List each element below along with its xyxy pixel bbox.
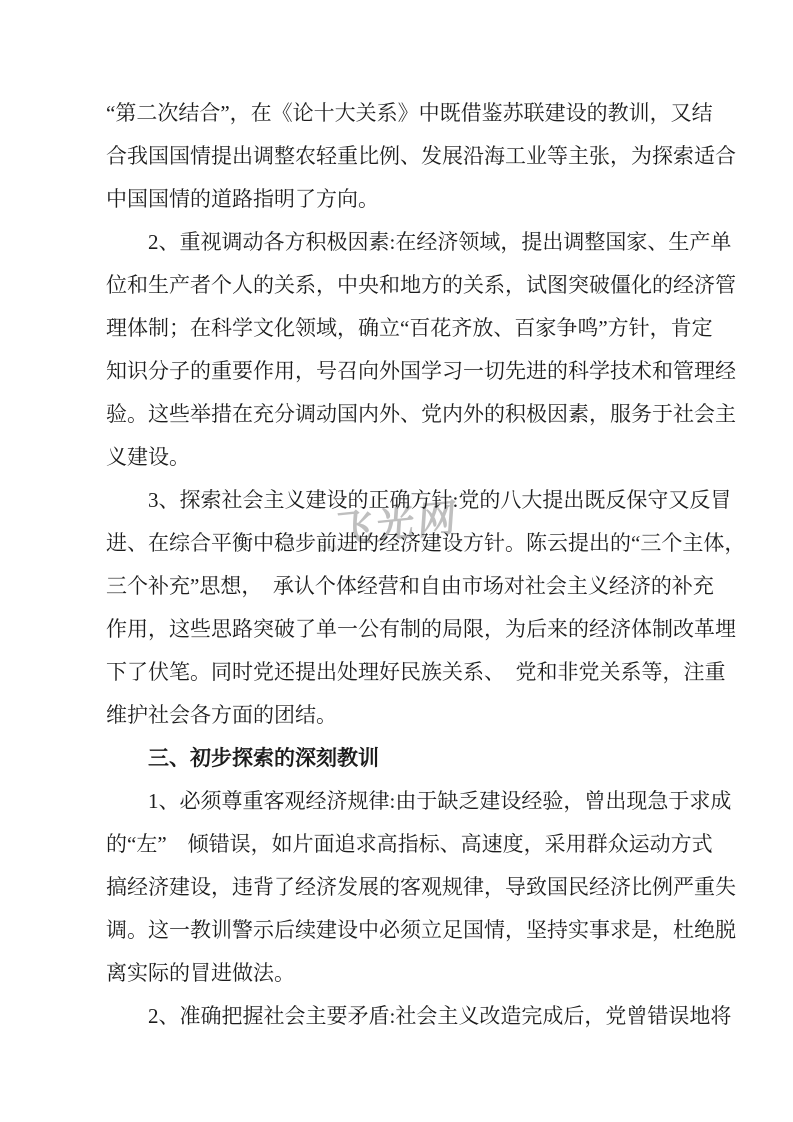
text-line: 中国国情的道路指明了方向。 xyxy=(106,178,685,221)
text-line: 作用，这些思路突破了单一公有制的局限，为后来的经济体制改革埋 xyxy=(106,608,685,651)
text-line: 离实际的冒进做法。 xyxy=(106,952,685,995)
text-line: 维护社会各方面的团结。 xyxy=(106,694,685,737)
text-line: 进、在综合平衡中稳步前进的经济建设方针。陈云提出的“三个主体， xyxy=(106,522,685,565)
text-line: 义建设。 xyxy=(106,436,685,479)
text-line: 下了伏笔。同时党还提出处理好民族关系、 党和非党关系等，注重 xyxy=(106,651,685,694)
text-line: 知识分子的重要作用，号召向外国学习一切先进的科学技术和管理经 xyxy=(106,350,685,393)
text-line: 位和生产者个人的关系，中央和地方的关系，试图突破僵化的经济管 xyxy=(106,264,685,307)
text-line: 3、探索社会主义建设的正确方针:党的八大提出既反保守又反冒 xyxy=(106,479,685,522)
text-line: 2、重视调动各方积极因素:在经济领域，提出调整国家、生产单 xyxy=(106,221,685,264)
text-line: 合我国国情提出调整农轻重比例、发展沿海工业等主张，为探索适合 xyxy=(106,135,685,178)
text-line: 理体制；在科学文化领域，确立“百花齐放、百家争鸣”方针，肯定 xyxy=(106,307,685,350)
text-line: 搞经济建设，违背了经济发展的客观规律，导致国民经济比例严重失 xyxy=(106,866,685,909)
document-page: 飞光网 www.fei “第二次结合”，在《论十大关系》中既借鉴苏联建设的教训，… xyxy=(0,0,793,1122)
text-line: 2、准确把握社会主要矛盾:社会主义改造完成后，党曾错误地将 xyxy=(106,995,685,1038)
text-line: 1、必须尊重客观经济规律:由于缺乏建设经验，曾出现急于求成 xyxy=(106,780,685,823)
text-line: 调。这一教训警示后续建设中必须立足国情，坚持实事求是，杜绝脱 xyxy=(106,909,685,952)
text-line: “第二次结合”，在《论十大关系》中既借鉴苏联建设的教训，又结 xyxy=(106,92,685,135)
text-line: 验。这些举措在充分调动国内外、党内外的积极因素，服务于社会主 xyxy=(106,393,685,436)
text-line: 的“左” 倾错误，如片面追求高指标、高速度，采用群众运动方式 xyxy=(106,823,685,866)
text-line: 三个补充”思想， 承认个体经营和自由市场对社会主义经济的补充 xyxy=(106,565,685,608)
document-body: “第二次结合”，在《论十大关系》中既借鉴苏联建设的教训，又结 合我国国情提出调整… xyxy=(0,0,793,1038)
section-heading: 三、初步探索的深刻教训 xyxy=(106,737,685,780)
